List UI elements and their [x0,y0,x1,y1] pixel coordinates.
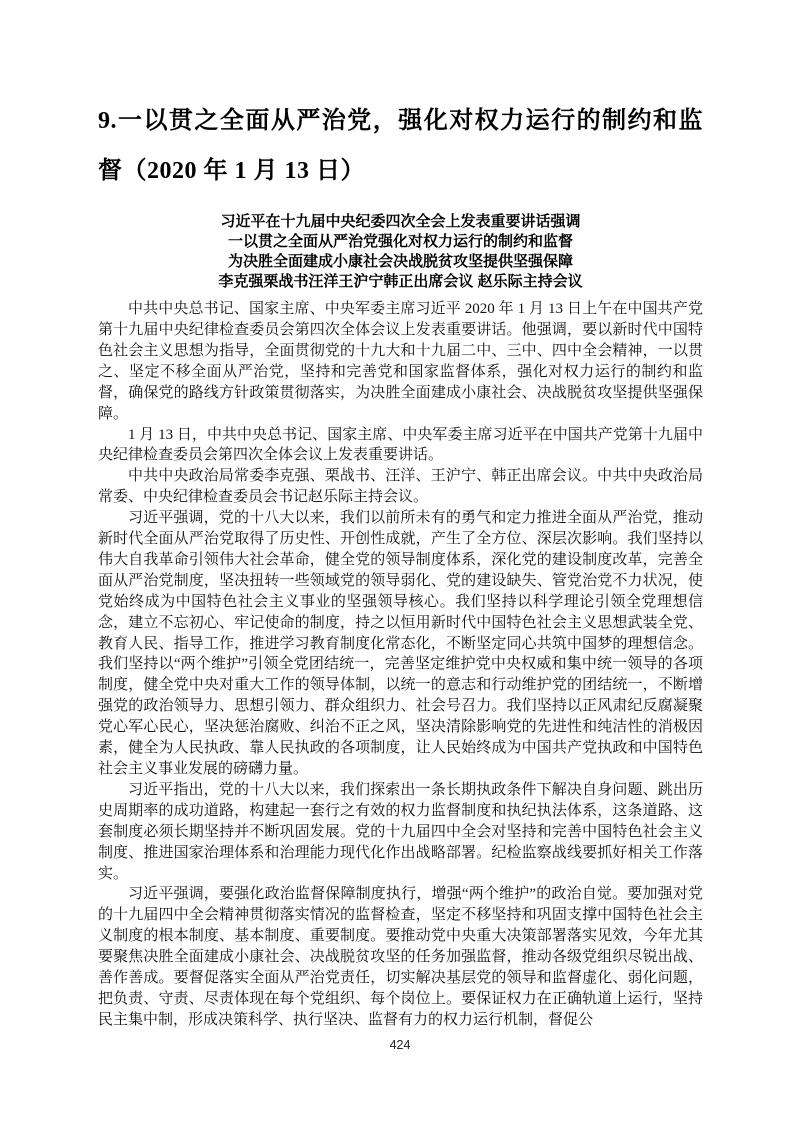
page-number: 424 [0,1038,800,1052]
subtitle-line-1: 习近平在十九届中央纪委四次全会上发表重要讲话强调 [98,212,703,232]
paragraph-1: 中共中央总书记、国家主席、中央军委主席习近平 2020 年 1 月 13 日上午… [98,299,703,424]
paragraph-2: 1 月 13 日，中共中央总书记、国家主席、中央军委主席习近平在中国共产党第十九… [98,425,703,467]
document-content-area: 9.一以贯之全面从严治党，强化对权力运行的制约和监督（2020 年 1 月 13… [98,0,703,1133]
subtitle-block: 习近平在十九届中央纪委四次全会上发表重要讲话强调 一以贯之全面从严治党强化对权力… [98,212,703,292]
paragraph-5: 习近平指出，党的十八大以来，我们探索出一条长期执政条件下解决自身问题、跳出历史周… [98,780,703,885]
document-body: 中共中央总书记、国家主席、中央军委主席习近平 2020 年 1 月 13 日上午… [98,299,703,1031]
paragraph-3: 中共中央政治局常委李克强、栗战书、汪洋、王沪宁、韩正出席会议。中共中央政治局常委… [98,466,703,508]
subtitle-line-2: 一以贯之全面从严治党强化对权力运行的制约和监督 [98,232,703,252]
document-title: 9.一以贯之全面从严治党，强化对权力运行的制约和监督（2020 年 1 月 13… [98,96,703,196]
subtitle-line-4: 李克强栗战书汪洋王沪宁韩正出席会议 赵乐际主持会议 [98,272,703,292]
paragraph-4: 习近平强调，党的十八大以来，我们以前所未有的勇气和定力推进全面从严治党，推动新时… [98,508,703,780]
subtitle-line-3: 为决胜全面建成小康社会决战脱贫攻坚提供坚强保障 [98,252,703,272]
document-page: { "title": { "text": "9.一以贯之全面从严治党，强化对权力… [0,0,800,1133]
paragraph-6: 习近平强调，要强化政治监督保障制度执行，增强“两个维护”的政治自觉。要加强对党的… [98,884,703,1030]
